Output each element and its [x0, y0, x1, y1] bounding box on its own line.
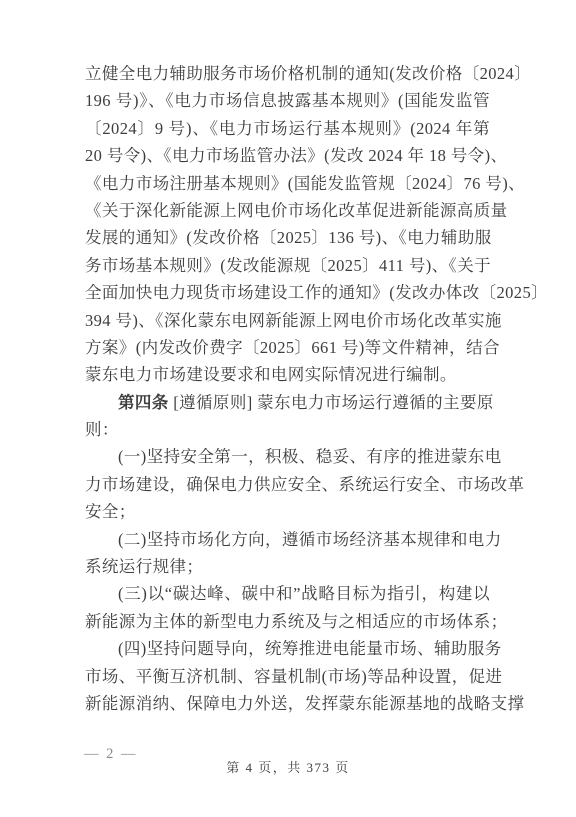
text-line: 全面加快电力现货市场建设工作的通知》(发改办体改〔2025〕 [85, 279, 490, 306]
document-page: 立健全电力辅助服务市场价格机制的通知(发改价格〔2024〕 196 号)》、《电… [0, 0, 576, 817]
text-line: 系统运行规律； [85, 553, 490, 580]
article-number: 第四条 [118, 393, 169, 412]
text-line: (二)坚持市场化方向，遵循市场经济基本规律和电力 [85, 526, 490, 553]
text-line: 蒙东电力市场建设要求和电网实际情况进行编制。 [85, 361, 490, 388]
text-line: (三)以“碳达峰、碳中和”战略目标为指引，构建以 [85, 580, 490, 607]
text-line: 安全； [85, 498, 490, 525]
text-line: (一)坚持安全第一，积极、稳妥、有序的推进蒙东电 [85, 443, 490, 470]
article-heading-text: [遵循原则] 蒙东电力市场运行遵循的主要原 [169, 393, 494, 412]
text-line: (四)坚持问题导向，统筹推进电能量市场、辅助服务 [85, 635, 490, 662]
text-line: 新能源为主体的新型电力系统及与之相适应的市场体系； [85, 608, 490, 635]
text-line: 〔2024〕9 号)、《电力市场运行基本规则》(2024 年第 [85, 115, 490, 142]
text-line: 务市场基本规则》(发改能源规〔2025〕411 号)、《关于 [85, 252, 490, 279]
text-line-article-heading: 第四条 [遵循原则] 蒙东电力市场运行遵循的主要原 [85, 389, 490, 416]
text-line: 《电力市场注册基本规则》(国能发监管规〔2024〕76 号)、 [85, 170, 490, 197]
text-line: 方案》(内发改价费字〔2025〕661 号)等文件精神，结合 [85, 334, 490, 361]
text-line: 20 号令)、《电力市场监管办法》(发改 2024 年 18 号令)、 [85, 142, 490, 169]
text-line: 市场、平衡互济机制、容量机制(市场)等品种设置，促进 [85, 663, 490, 690]
viewer-page-indicator: 第 4 页，共 373 页 [0, 759, 576, 777]
text-line: 立健全电力辅助服务市场价格机制的通知(发改价格〔2024〕 [85, 60, 490, 87]
text-line: 《关于深化新能源上网电价市场化改革促进新能源高质量 [85, 197, 490, 224]
text-line: 力市场建设，确保电力供应安全、系统运行安全、市场改革 [85, 471, 490, 498]
text-line: 394 号)、《深化蒙东电网新能源上网电价市场化改革实施 [85, 307, 490, 334]
text-line: 新能源消纳、保障电力外送，发挥蒙东能源基地的战略支撑 [85, 690, 490, 717]
text-line: 196 号)》、《电力市场信息披露基本规则》(国能发监管 [85, 87, 490, 114]
text-line: 则： [85, 416, 490, 443]
text-line: 发展的通知》(发改价格〔2025〕136 号)、《电力辅助服 [85, 224, 490, 251]
body-text-block: 立健全电力辅助服务市场价格机制的通知(发改价格〔2024〕 196 号)》、《电… [85, 60, 490, 717]
